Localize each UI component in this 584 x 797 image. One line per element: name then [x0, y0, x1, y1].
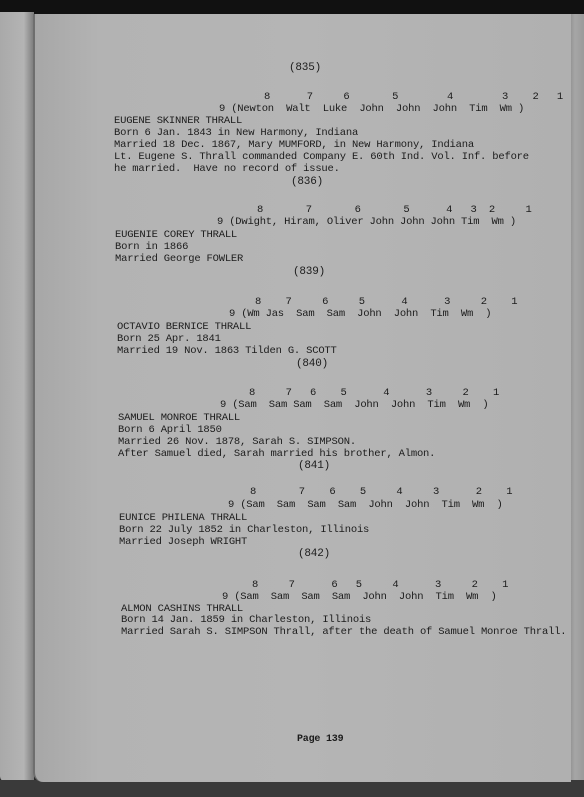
- entry-line: he married. Have no record of issue.: [114, 163, 340, 176]
- entry-number: (840): [296, 358, 328, 371]
- entry-number: (836): [291, 176, 323, 189]
- scanner-top-edge: [0, 0, 584, 14]
- lineage-line: 9 (Sam Sam Sam Sam John John Tim Wm ): [222, 591, 497, 604]
- generation-numbers: 8 7 6 5 4 3 2 1: [250, 486, 512, 499]
- right-page-leaf: [569, 14, 584, 784]
- entry-number: (839): [293, 266, 325, 279]
- lineage-line: 9 (Sam Sam Sam Sam John John Tim Wm ): [220, 399, 488, 412]
- entry-number: (835): [289, 62, 321, 75]
- entry-line: Married 19 Nov. 1863 Tilden G. SCOTT: [117, 345, 337, 358]
- entry-line: After Samuel died, Sarah married his bro…: [118, 448, 435, 461]
- entry-number: (842): [298, 548, 330, 561]
- entry-line: Married Sarah S. SIMPSON Thrall, after t…: [121, 626, 566, 639]
- left-page-leaf: [0, 12, 34, 782]
- lineage-line: 9 (Wm Jas Sam Sam John John Tim Wm ): [229, 308, 491, 321]
- entry-line: Married George FOWLER: [115, 253, 243, 266]
- entry-number: (841): [298, 460, 330, 473]
- page-number: Page 139: [297, 733, 343, 746]
- lineage-line: 9 (Newton Walt Luke John John John Tim W…: [219, 103, 524, 116]
- lineage-line: 9 (Dwight, Hiram, Oliver John John John …: [217, 216, 516, 229]
- entry-line: Married Joseph WRIGHT: [119, 536, 247, 549]
- lineage-line: 9 (Sam Sam Sam Sam John John Tim Wm ): [228, 499, 503, 512]
- scanner-bottom-edge: [0, 780, 584, 797]
